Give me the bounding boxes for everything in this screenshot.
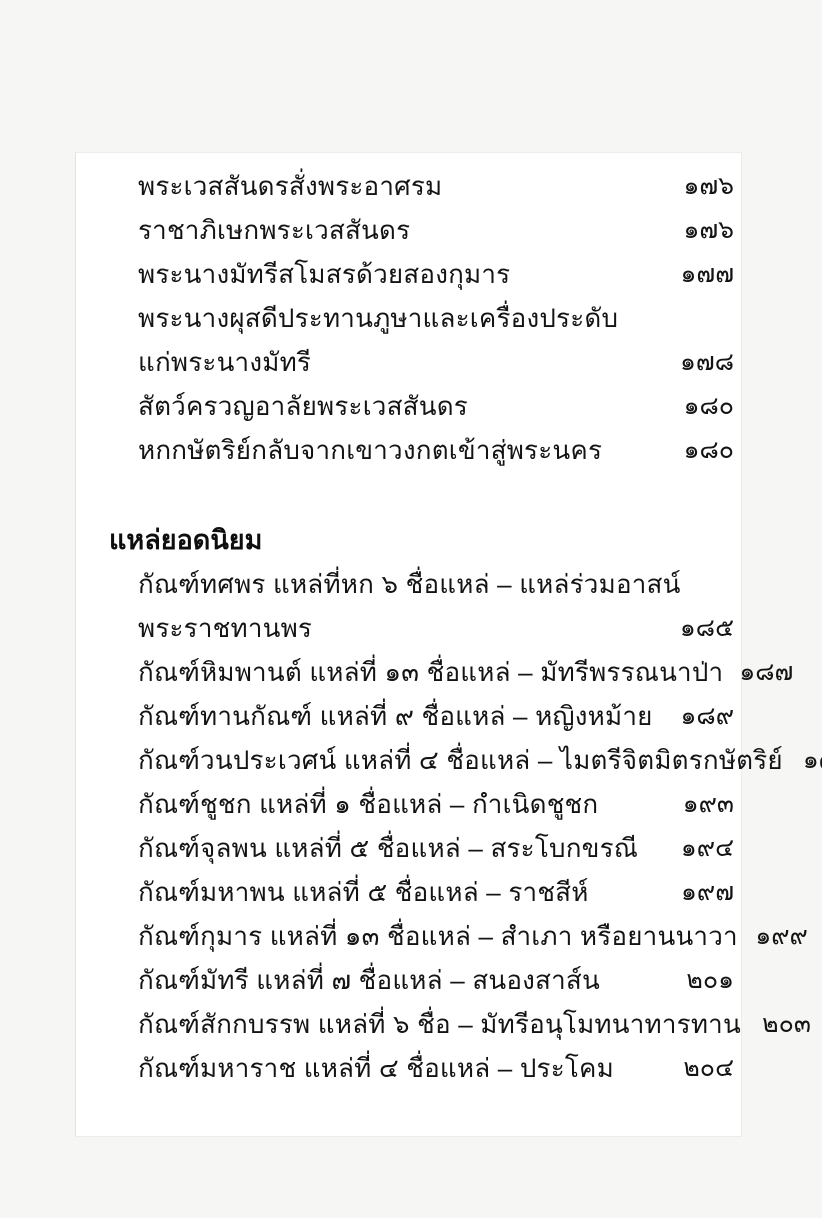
toc-entry-title: กัณฑ์มัทรี แหล่ที่ ๗ ชื่อแหล่ – สนองสาส์… [138,960,600,1001]
toc-row: กัณฑ์สักกบรรพ แหล่ที่ ๖ ชื่อ – มัทรีอนุโ… [138,1002,734,1046]
toc-row: พระนางมัทรีสโมสรด้วยสองกุมาร ๑๗๗ [138,252,734,296]
toc-row: กัณฑ์มหาพน แหล่ที่ ๕ ชื่อแหล่ – ราชสีห์ … [138,870,734,914]
toc-row: ราชาภิเษกพระเวสสันดร ๑๗๖ [138,208,734,252]
toc-row: กัณฑ์วนประเวศน์ แหล่ที่ ๔ ชื่อแหล่ – ไมต… [138,738,734,782]
toc-entry-page-number: ๒๐๔ [664,1048,734,1088]
toc-entry-title: กัณฑ์วนประเวศน์ แหล่ที่ ๔ ชื่อแหล่ – ไมต… [138,740,783,781]
toc-entry-title: พระนางมัทรีสโมสรด้วยสองกุมาร [138,254,510,295]
book-page: พระเวสสันดรสั่งพระอาศรม ๑๗๖ ราชาภิเษกพระ… [75,152,742,1137]
toc-entry-page-number: ๑๙๔ [664,828,734,868]
toc-row: กัณฑ์ทศพร แหล่ที่หก ๖ ชื่อแหล่ – แหล่ร่ว… [138,562,734,606]
toc-row: กัณฑ์กุมาร แหล่ที่ ๑๓ ชื่อแหล่ – สำเภา ห… [138,914,734,958]
toc-entry-page-number: ๑๙๓ [664,784,734,824]
toc-entry-title: กัณฑ์หิมพานต์ แหล่ที่ ๑๓ ชื่อแหล่ – มัทร… [138,652,723,693]
toc-entry-title: กัณฑ์ชูชก แหล่ที่ ๑ ชื่อแหล่ – กำเนิดชูช… [138,784,598,825]
toc-list-popular-lae: กัณฑ์ทศพร แหล่ที่หก ๖ ชื่อแหล่ – แหล่ร่ว… [138,562,734,1090]
section-heading-popular-lae: แหล่ยอดนิยม [109,517,262,561]
toc-entry-page-number: ๑๘๐ [664,386,734,426]
toc-entry-page-number: ๑๗๘ [664,342,734,382]
toc-row: กัณฑ์จุลพน แหล่ที่ ๕ ชื่อแหล่ – สระโบกขร… [138,826,734,870]
toc-row: กัณฑ์หิมพานต์ แหล่ที่ ๑๓ ชื่อแหล่ – มัทร… [138,650,734,694]
toc-entry-page-number: ๑๙๑ [783,740,822,780]
toc-entry-page-number: ๑๘๙ [664,696,734,736]
toc-row: กัณฑ์มหาราช แหล่ที่ ๔ ชื่อแหล่ – ประโคม … [138,1046,734,1090]
toc-entry-page-number: ๑๙๙ [738,916,808,956]
toc-entry-page-number: ๑๗๗ [664,254,734,294]
toc-entry-page-number: ๑๗๖ [664,166,734,206]
toc-entry-title: พระเวสสันดรสั่งพระอาศรม [138,166,442,207]
toc-row: สัตว์ครวญอาลัยพระเวสสันดร ๑๘๐ [138,384,734,428]
toc-row: กัณฑ์ทานกัณฑ์ แหล่ที่ ๙ ชื่อแหล่ – หญิงห… [138,694,734,738]
toc-row: พระนางผุสดีประทานภูษาและเครื่องประดับ [138,296,734,340]
toc-entry-page-number: ๑๘๐ [664,430,734,470]
toc-entry-title: กัณฑ์ทศพร แหล่ที่หก ๖ ชื่อแหล่ – แหล่ร่ว… [138,564,681,605]
toc-entry-title: แก่พระนางมัทรี [138,342,311,383]
toc-entry-title: กัณฑ์มหาพน แหล่ที่ ๕ ชื่อแหล่ – ราชสีห์ [138,872,589,913]
toc-entry-page-number: ๑๘๗ [723,652,793,692]
toc-row: กัณฑ์มัทรี แหล่ที่ ๗ ชื่อแหล่ – สนองสาส์… [138,958,734,1002]
toc-list-upper: พระเวสสันดรสั่งพระอาศรม ๑๗๖ ราชาภิเษกพระ… [138,164,734,472]
toc-entry-title: กัณฑ์จุลพน แหล่ที่ ๕ ชื่อแหล่ – สระโบกขร… [138,828,638,869]
toc-entry-title: กัณฑ์สักกบรรพ แหล่ที่ ๖ ชื่อ – มัทรีอนุโ… [138,1004,741,1045]
toc-entry-title: กัณฑ์มหาราช แหล่ที่ ๔ ชื่อแหล่ – ประโคม [138,1048,614,1089]
toc-entry-page-number: ๑๙๗ [664,872,734,912]
scanned-page-background: พระเวสสันดรสั่งพระอาศรม ๑๗๖ ราชาภิเษกพระ… [0,0,822,1218]
toc-entry-title: ราชาภิเษกพระเวสสันดร [138,210,410,251]
toc-row: พระราชทานพร ๑๘๕ [138,606,734,650]
toc-entry-title: สัตว์ครวญอาลัยพระเวสสันดร [138,386,468,427]
toc-entry-page-number: ๑๘๕ [664,608,734,648]
toc-row: หกกษัตริย์กลับจากเขาวงกตเข้าสู่พระนคร ๑๘… [138,428,734,472]
toc-entry-page-number: ๒๐๑ [664,960,734,1000]
toc-entry-page-number: ๒๐๓ [741,1004,811,1044]
toc-row: แก่พระนางมัทรี ๑๗๘ [138,340,734,384]
toc-entry-title: พระราชทานพร [138,608,312,649]
toc-entry-title: พระนางผุสดีประทานภูษาและเครื่องประดับ [138,298,618,339]
toc-entry-title: หกกษัตริย์กลับจากเขาวงกตเข้าสู่พระนคร [138,430,602,471]
toc-entry-title: กัณฑ์กุมาร แหล่ที่ ๑๓ ชื่อแหล่ – สำเภา ห… [138,916,738,957]
toc-entry-page-number: ๑๗๖ [664,210,734,250]
toc-row: กัณฑ์ชูชก แหล่ที่ ๑ ชื่อแหล่ – กำเนิดชูช… [138,782,734,826]
toc-row: พระเวสสันดรสั่งพระอาศรม ๑๗๖ [138,164,734,208]
toc-entry-title: กัณฑ์ทานกัณฑ์ แหล่ที่ ๙ ชื่อแหล่ – หญิงห… [138,696,653,737]
